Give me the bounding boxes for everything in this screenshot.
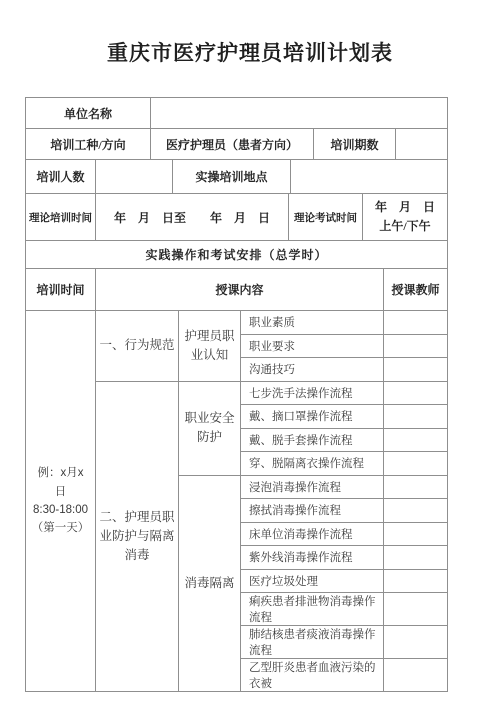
- schedule-row: 例：x月x 日 8:30-18:00 （第一天） 一、行为规范 护理员职 业认知…: [26, 311, 448, 335]
- course-item: 七步洗手法操作流程: [241, 381, 384, 405]
- teacher-cell: [384, 659, 448, 692]
- work-type-label: 培训工种/方向: [26, 129, 151, 160]
- unit-name-label: 单位名称: [26, 98, 151, 129]
- row-unit-name: 单位名称: [25, 97, 448, 129]
- practice-location-value-cell: [291, 160, 448, 194]
- course-item: 肺结核患者痰液消毒操作流程: [241, 626, 384, 659]
- teacher-cell: [384, 405, 448, 429]
- section-title: 实践操作和考试安排（总学时）: [26, 241, 448, 269]
- course-item: 职业素质: [241, 311, 384, 335]
- course-item: 戴、脱手套操作流程: [241, 428, 384, 452]
- trainee-count-label: 培训人数: [26, 160, 96, 194]
- course-item: 穿、脱隔离衣操作流程: [241, 452, 384, 476]
- module-behavior-norms: 一、行为规范: [96, 311, 179, 382]
- teacher-cell: [384, 546, 448, 570]
- course-item: 床单位消毒操作流程: [241, 522, 384, 546]
- schedule-table: 培训时间 授课内容 授课教师 例：x月x 日 8:30-18:00 （第一天） …: [25, 268, 448, 692]
- teacher-cell: [384, 522, 448, 546]
- teacher-cell: [384, 452, 448, 476]
- theory-time-value: 年 月 日至 年 月 日: [96, 194, 289, 241]
- unit-name-value-cell: [151, 98, 448, 129]
- period-count-value-cell: [396, 129, 448, 160]
- teacher-cell: [384, 499, 448, 523]
- trainee-count-value-cell: [96, 160, 173, 194]
- group-disinfection-isolation: 消毒隔离: [179, 475, 241, 692]
- row-theory-time: 理论培训时间 年 月 日至 年 月 日 理论考试时间 年 月 日 上午/下午: [25, 193, 448, 241]
- group-occupational-safety: 职业安全 防护: [179, 381, 241, 475]
- theory-exam-value: 年 月 日 上午/下午: [363, 194, 448, 241]
- teacher-cell: [384, 593, 448, 626]
- period-count-label: 培训期数: [314, 129, 396, 160]
- work-type-value: 医疗护理员（患者方向）: [151, 129, 314, 160]
- row-trainee-count: 培训人数 实操培训地点: [25, 159, 448, 194]
- col-header-teacher: 授课教师: [384, 269, 448, 311]
- page-title: 重庆市医疗护理员培训计划表: [0, 37, 500, 67]
- teacher-cell: [384, 428, 448, 452]
- course-item: 浸泡消毒操作流程: [241, 475, 384, 499]
- col-header-training-time: 培训时间: [26, 269, 96, 311]
- course-item: 职业要求: [241, 334, 384, 358]
- teacher-cell: [384, 475, 448, 499]
- teacher-cell: [384, 358, 448, 382]
- teacher-cell: [384, 311, 448, 335]
- teacher-cell: [384, 626, 448, 659]
- teacher-cell: [384, 334, 448, 358]
- course-item: 紫外线消毒操作流程: [241, 546, 384, 570]
- teacher-cell: [384, 381, 448, 405]
- schedule-header-row: 培训时间 授课内容 授课教师: [26, 269, 448, 311]
- theory-time-label: 理论培训时间: [26, 194, 96, 241]
- course-item: 戴、摘口罩操作流程: [241, 405, 384, 429]
- group-career-cognition: 护理员职 业认知: [179, 311, 241, 382]
- course-item: 擦拭消毒操作流程: [241, 499, 384, 523]
- practice-location-label: 实操培训地点: [173, 160, 291, 194]
- course-item: 沟通技巧: [241, 358, 384, 382]
- col-header-content: 授课内容: [96, 269, 384, 311]
- row-section-title: 实践操作和考试安排（总学时）: [25, 240, 448, 269]
- module-protection-isolation: 二、护理员职 业防护与隔离 消毒: [96, 381, 179, 692]
- teacher-cell: [384, 569, 448, 593]
- row-work-type: 培训工种/方向 医疗护理员（患者方向） 培训期数: [25, 128, 448, 160]
- training-time-example: 例：x月x 日 8:30-18:00 （第一天）: [26, 311, 96, 692]
- course-item: 乙型肝炎患者血液污染的衣被: [241, 659, 384, 692]
- course-item: 医疗垃圾处理: [241, 569, 384, 593]
- course-item: 痢疾患者排泄物消毒操作流程: [241, 593, 384, 626]
- training-plan-form: 单位名称 培训工种/方向 医疗护理员（患者方向） 培训期数 培训人数 实操培训地…: [25, 97, 447, 692]
- theory-exam-label: 理论考试时间: [289, 194, 363, 241]
